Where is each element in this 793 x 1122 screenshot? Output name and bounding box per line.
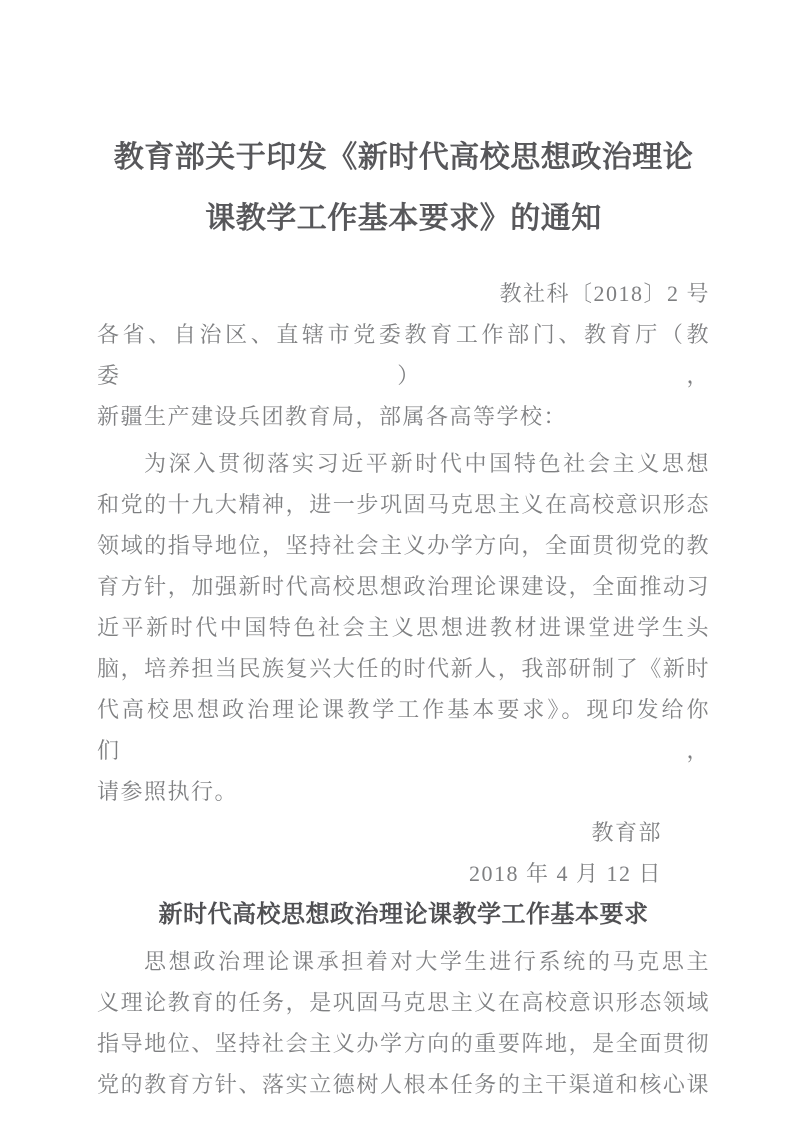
document-title: 教育部关于印发《新时代高校思想政治理论 课教学工作基本要求》的通知 bbox=[97, 127, 710, 249]
document-content-column: 教育部关于印发《新时代高校思想政治理论 课教学工作基本要求》的通知 教社科〔20… bbox=[97, 127, 710, 1105]
paragraph-line: 党的教育方针、落实立德树人根本任务的主干渠道和核心课 bbox=[97, 1064, 710, 1105]
signature: 教育部 bbox=[97, 812, 710, 853]
paragraph-line: 脑，培养担当民族复兴大任的时代新人，我部研制了《新时 bbox=[97, 648, 710, 689]
section-heading: 新时代高校思想政治理论课教学工作基本要求 bbox=[97, 894, 710, 935]
doc-number: 教社科〔2018〕2 号 bbox=[97, 273, 710, 314]
paragraph-line: 代高校思想政治理论课教学工作基本要求》。现印发给你们， bbox=[97, 689, 710, 771]
paragraph-line: 育方针，加强新时代高校思想政治理论课建设，全面推动习 bbox=[97, 566, 710, 607]
address-line-2: 新疆生产建设兵团教育局，部属各高等学校： bbox=[97, 396, 710, 437]
document-title-line-2: 课教学工作基本要求》的通知 bbox=[97, 188, 710, 249]
paragraph-line: 领域的指导地位，坚持社会主义办学方向，全面贯彻党的教 bbox=[97, 525, 710, 566]
paragraph-1: 为深入贯彻落实习近平新时代中国特色社会主义思想 和党的十九大精神，进一步巩固马克… bbox=[97, 443, 710, 812]
paragraph-line: 为深入贯彻落实习近平新时代中国特色社会主义思想 bbox=[97, 443, 710, 484]
paragraph-line: 指导地位、坚持社会主义办学方向的重要阵地，是全面贯彻 bbox=[97, 1023, 710, 1064]
paragraph-2: 思想政治理论课承担着对大学生进行系统的马克思主 义理论教育的任务，是巩固马克思主… bbox=[97, 941, 710, 1105]
paragraph-line: 近平新时代中国特色社会主义思想进教材进课堂进学生头 bbox=[97, 607, 710, 648]
address-line-1: 各省、自治区、直辖市党委教育工作部门、教育厅（教委）， bbox=[97, 314, 710, 396]
document-body: 教社科〔2018〕2 号 各省、自治区、直辖市党委教育工作部门、教育厅（教委），… bbox=[97, 273, 710, 1105]
paragraph-line: 义理论教育的任务，是巩固马克思主义在高校意识形态领域 bbox=[97, 982, 710, 1023]
paragraph-line: 思想政治理论课承担着对大学生进行系统的马克思主 bbox=[97, 941, 710, 982]
document-title-line-1: 教育部关于印发《新时代高校思想政治理论 bbox=[97, 127, 710, 188]
document-page: 教育部关于印发《新时代高校思想政治理论 课教学工作基本要求》的通知 教社科〔20… bbox=[0, 0, 793, 1122]
date: 2018 年 4 月 12 日 bbox=[97, 853, 710, 894]
paragraph-line: 和党的十九大精神，进一步巩固马克思主义在高校意识形态 bbox=[97, 484, 710, 525]
paragraph-line: 请参照执行。 bbox=[97, 771, 710, 812]
